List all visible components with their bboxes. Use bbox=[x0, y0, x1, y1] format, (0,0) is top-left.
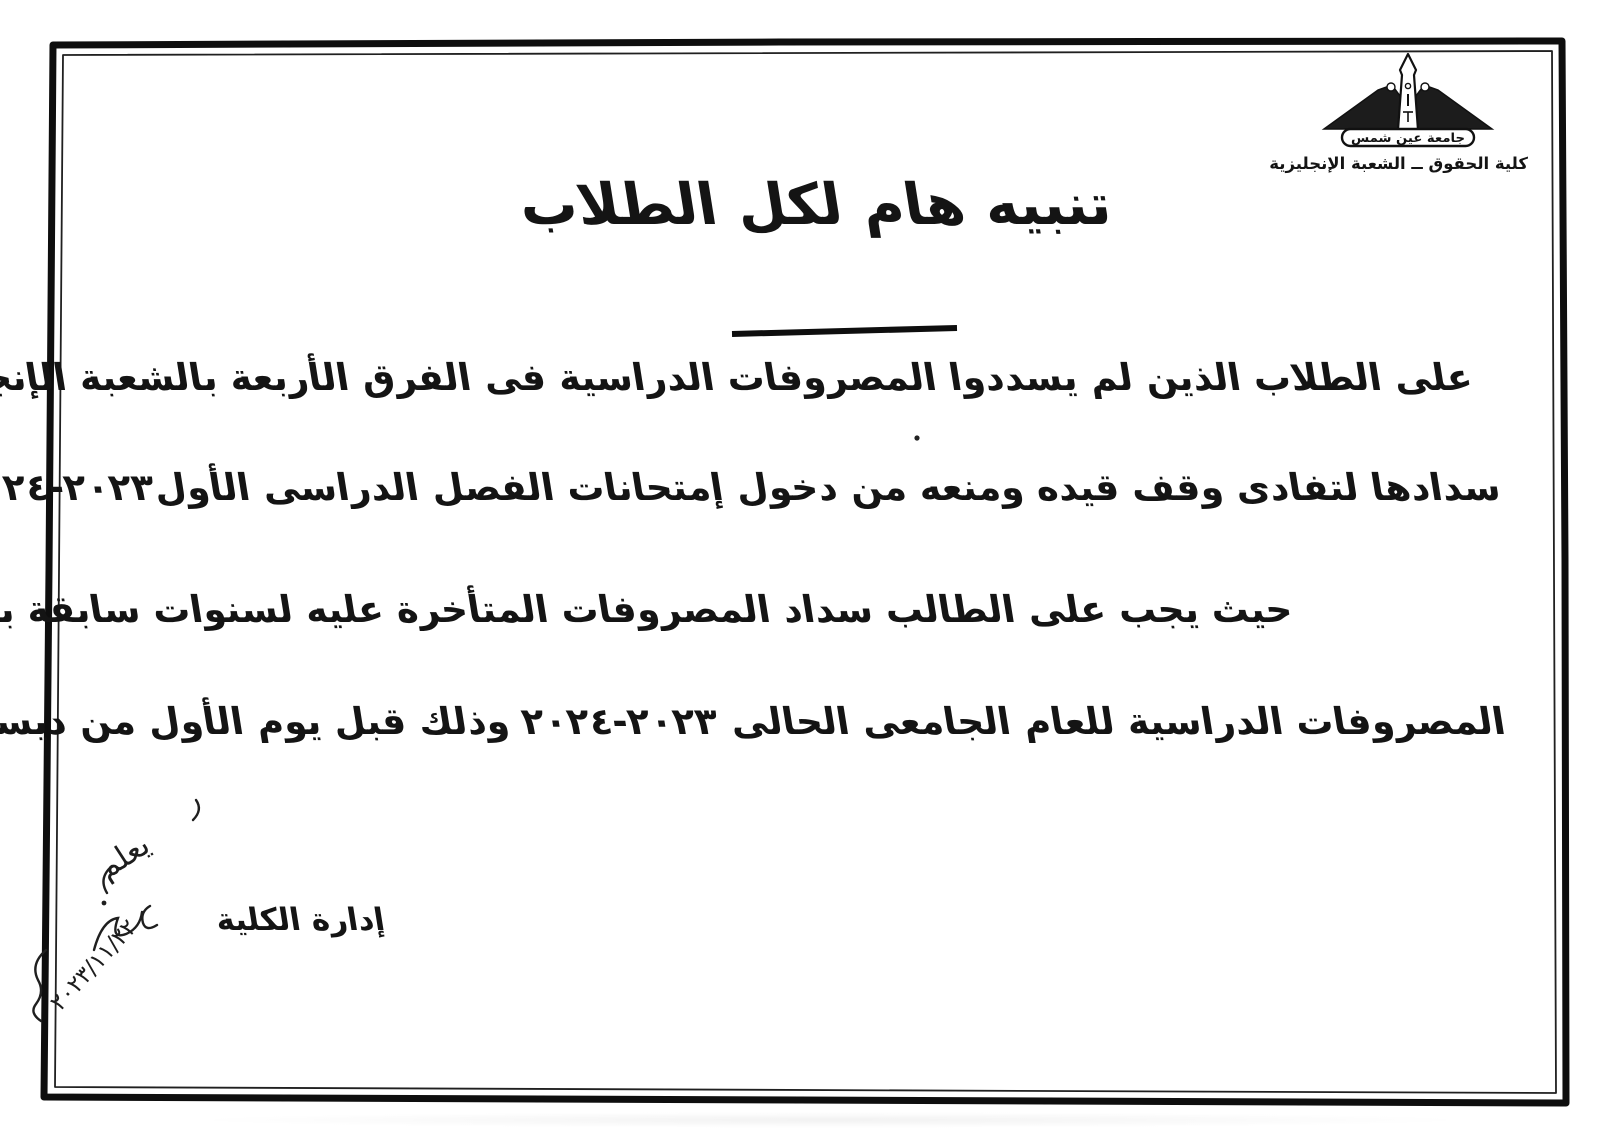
logo-banner-text: جامعة عين شمس bbox=[1351, 130, 1465, 145]
title-underline bbox=[732, 328, 957, 334]
body-line-1: على الطلاب الذين لم يسددوا المصروفات الد… bbox=[88, 354, 1476, 402]
ink-dot bbox=[914, 435, 919, 440]
body-line-3: حيث يجب على الطالب سداد المصروفات المتأخ… bbox=[84, 586, 1296, 634]
scanned-notice-page: يعلم ٢٠٢٣/١١/٢٢ جامعة عين شمس كلية الحقو… bbox=[0, 0, 1600, 1133]
signature-word: يعلم bbox=[91, 827, 156, 887]
body-line-4: المصروفات الدراسية للعام الجامعى الحالى … bbox=[94, 698, 1509, 746]
signature-flourish bbox=[193, 800, 199, 820]
body-line-2: سدادها لتفادى وقف قيده ومنعه من دخول إمت… bbox=[188, 464, 1504, 512]
administration-label: إدارة الكلية bbox=[213, 902, 387, 938]
logo-right-wing bbox=[1416, 85, 1492, 129]
letterhead: جامعة عين شمس كلية الحقوق ــ الشعبة الإن… bbox=[1288, 50, 1528, 173]
signature-dot bbox=[102, 901, 107, 906]
ain-shams-obelisk-icon: جامعة عين شمس bbox=[1308, 50, 1508, 150]
scan-smudge bbox=[180, 1112, 1480, 1128]
logo-left-wing bbox=[1324, 85, 1400, 129]
notice-title: تنبيه هام لكل الطلاب bbox=[25, 172, 1600, 238]
faculty-caption: كلية الحقوق ــ الشعبة الإنجليزية bbox=[1288, 154, 1528, 173]
signature-date: ٢٠٢٣/١١/٢٢ bbox=[45, 915, 142, 1016]
